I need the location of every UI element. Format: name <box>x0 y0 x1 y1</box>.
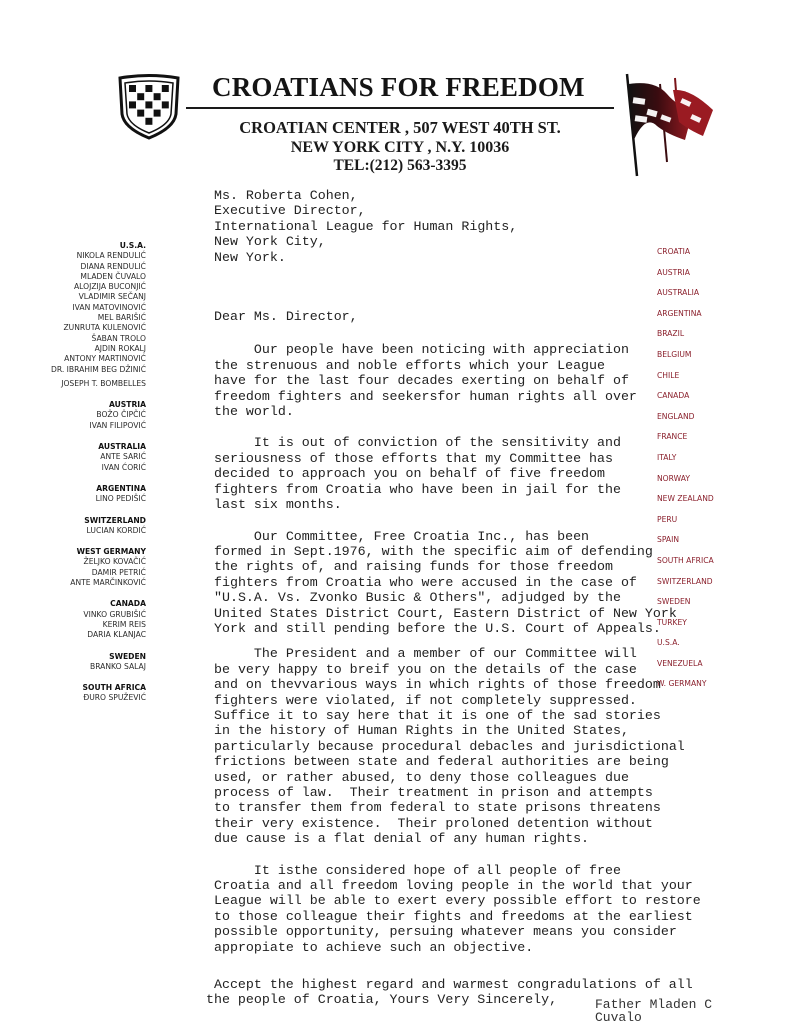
committee-country: AUSTRIA <box>20 400 146 410</box>
letter-paragraph: It isthe considered hope of all people o… <box>214 863 714 955</box>
committee-group: SWEDENBRANKO SALAJ <box>20 652 146 673</box>
committee-country: SOUTH AFRICA <box>20 683 146 693</box>
committee-member: LUCIAN KORDIĆ <box>20 526 146 536</box>
committee-member: IVAN MATOVINOVIĆ <box>20 303 146 313</box>
committee-country: SWITZERLAND <box>20 516 146 526</box>
committee-country: ARGENTINA <box>20 484 146 494</box>
committee-country: AUSTRALIA <box>20 442 146 452</box>
salutation: Dear Ms. Director, <box>214 309 714 324</box>
committee-member: IVAN FILIPOVIĆ <box>20 421 146 431</box>
committee-group: ARGENTINALINO PEDIŠIĆ <box>20 484 146 505</box>
letter-body: Ms. Roberta Cohen, Executive Director, I… <box>214 188 714 971</box>
committee-group: CANADAVINKO GRUBIŠIĆKERIM REISDARIA KLAN… <box>20 599 146 640</box>
letter-paragraph: It is out of conviction of the sensitivi… <box>214 435 714 512</box>
committee-member: LINO PEDIŠIĆ <box>20 494 146 504</box>
letter-paragraph: Our people have been noticing with appre… <box>214 342 714 419</box>
organization-name: CROATIANS FOR FREEDOM <box>212 72 585 103</box>
committee-member: ŽELJKO KOVAČIĆ <box>20 557 146 567</box>
committee-member: VINKO GRUBIŠIĆ <box>20 610 146 620</box>
committee-member: ANTONY MARTINOVIĆ <box>20 354 146 364</box>
header-divider <box>186 107 614 109</box>
committee-member: JOSEPH T. BOMBELLES <box>20 379 146 389</box>
committee-country: CANADA <box>20 599 146 609</box>
committee-group: SWITZERLANDLUCIAN KORDIĆ <box>20 516 146 537</box>
signature: Father Mladen C Cuvalo <box>595 998 712 1023</box>
committee-member: AJDIN ROKALJ <box>20 344 146 354</box>
committee-member: ĐURO SPUŽEVIĆ <box>20 693 146 703</box>
committee-group: AUSTRIABOŽO ČIPČIĆIVAN FILIPOVIĆ <box>20 400 146 431</box>
committee-members-list: U.S.A.NIKOLA RENDULIĆDIANA RENDULIĆMLADE… <box>20 241 146 715</box>
address-line-1: CROATIAN CENTER , 507 WEST 40TH ST. <box>186 118 614 138</box>
committee-member: DAMIR PETRIĆ <box>20 568 146 578</box>
phone-number: TEL:(212) 563-3395 <box>186 157 614 175</box>
committee-member: IVAN ĆORIĆ <box>20 463 146 473</box>
committee-member: ŠABAN TROLO <box>20 334 146 344</box>
committee-member: DARIA KLANJAC <box>20 630 146 640</box>
committee-group: SOUTH AFRICAĐURO SPUŽEVIĆ <box>20 683 146 704</box>
committee-country: U.S.A. <box>20 241 146 251</box>
waving-flags-icon <box>615 70 715 178</box>
committee-member: MEL BARIŠIĆ <box>20 313 146 323</box>
recipient-address: Ms. Roberta Cohen, Executive Director, I… <box>214 188 714 265</box>
committee-country: SWEDEN <box>20 652 146 662</box>
committee-group: U.S.A.NIKOLA RENDULIĆDIANA RENDULIĆMLADE… <box>20 241 146 389</box>
committee-member: MLADEN ČUVALO <box>20 272 146 282</box>
committee-member: VLADIMIR SEČANJ <box>20 292 146 302</box>
committee-member: BRANKO SALAJ <box>20 662 146 672</box>
committee-member: ZUNRUTA KULENOVIĆ <box>20 323 146 333</box>
committee-member: ANTE SARIĆ <box>20 452 146 462</box>
letter-paragraph: Our Committee, Free Croatia Inc., has be… <box>214 529 714 637</box>
committee-member: NIKOLA RENDULIĆ <box>20 251 146 261</box>
committee-member: ALOJZIJA BUCONJIĆ <box>20 282 146 292</box>
committee-member: DIANA RENDULIĆ <box>20 262 146 272</box>
committee-group: AUSTRALIAANTE SARIĆIVAN ĆORIĆ <box>20 442 146 473</box>
committee-member: KERIM REIS <box>20 620 146 630</box>
address-line-2: NEW YORK CITY , N.Y. 10036 <box>186 139 614 157</box>
committee-member: BOŽO ČIPČIĆ <box>20 410 146 420</box>
checkered-shield-icon <box>116 74 182 140</box>
committee-member: ANTE MARČINKOVIĆ <box>20 578 146 588</box>
letter-paragraph: The President and a member of our Commit… <box>214 646 714 846</box>
committee-member: DR. IBRAHIM BEG DŽINIĆ <box>20 365 146 375</box>
committee-country: WEST GERMANY <box>20 547 146 557</box>
committee-group: WEST GERMANYŽELJKO KOVAČIĆDAMIR PETRIĆAN… <box>20 547 146 588</box>
